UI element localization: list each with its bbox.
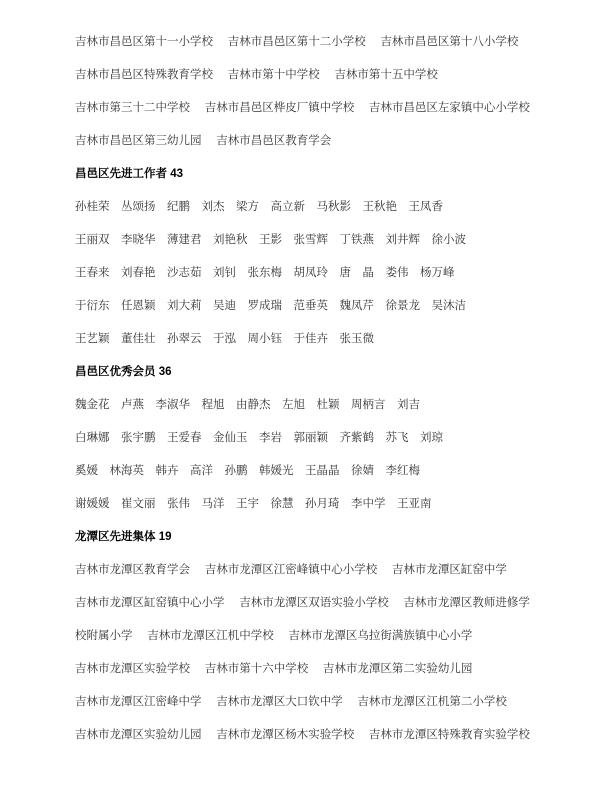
name-list-line: 奚媛 林海英 韩卉 高洋 孙鹏 韩媛光 王晶晶 徐婧 李红梅 [75, 455, 539, 488]
name-list-line: 孙桂荣 丛颂扬 纪鹏 刘杰 梁方 高立新 马秋影 王秋艳 王凤香 [75, 191, 539, 224]
section-heading-changyi-excellent-members: 昌邑区优秀会员 36 [75, 356, 539, 389]
school-list-line: 吉林市龙潭区江密峰中学 吉林市龙潭区大口钦中学 吉林市龙潭区江机第二小学校 [75, 686, 539, 719]
name-list-line: 谢媛媛 崔文丽 张伟 马洋 王宇 徐慧 孙月琦 李中学 王亚南 [75, 488, 539, 521]
section-heading-longtan-advanced-collectives: 龙潭区先进集体 19 [75, 521, 539, 554]
name-list-line: 于衍东 任恩颖 刘大莉 吴迪 罗成瑞 范垂英 魏凤芹 徐景龙 吴沐洁 [75, 290, 539, 323]
school-list-line: 吉林市昌邑区第三幼儿园 吉林市昌邑区教育学会 [75, 125, 539, 158]
name-list-line: 白琳娜 张宇鹏 王爱春 金仙玉 李岩 郭丽颖 齐紫鹤 苏飞 刘琼 [75, 422, 539, 455]
school-list-line: 吉林市龙潭区缸窑镇中心小学 吉林市龙潭区双语实验小学校 吉林市龙潭区教师进修学 [75, 587, 539, 620]
section-heading-changyi-advanced-workers: 昌邑区先进工作者 43 [75, 158, 539, 191]
name-list-line: 魏金花 卢燕 李淑华 程旭 由静杰 左旭 杜颖 周柄言 刘吉 [75, 389, 539, 422]
school-list-line: 校附属小学 吉林市龙潭区江机中学校 吉林市龙潭区乌拉街满族镇中心小学 [75, 620, 539, 653]
school-list-line: 吉林市龙潭区教育学会 吉林市龙潭区江密峰镇中心小学校 吉林市龙潭区缸窑中学 [75, 554, 539, 587]
name-list-line: 王艺颖 董佳壮 孙翠云 于泓 周小钰 于佳卉 张玉微 [75, 323, 539, 356]
name-list-line: 王丽双 李晓华 薄建君 刘艳秋 王影 张雪辉 丁铁燕 刘井辉 徐小波 [75, 224, 539, 257]
school-list-line: 吉林市昌邑区第十一小学校 吉林市昌邑区第十二小学校 吉林市昌邑区第十八小学校 [75, 26, 539, 59]
document-page: 吉林市昌邑区第十一小学校 吉林市昌邑区第十二小学校 吉林市昌邑区第十八小学校 吉… [0, 0, 599, 790]
school-list-line: 吉林市龙潭区实验学校 吉林市第十六中学校 吉林市龙潭区第二实验幼儿园 [75, 653, 539, 686]
name-list-line: 王春来 刘春艳 沙志茹 刘钊 张东梅 胡凤玲 唐 晶 娄伟 杨万峰 [75, 257, 539, 290]
school-list-line: 吉林市第三十二中学校 吉林市昌邑区桦皮厂镇中学校 吉林市昌邑区左家镇中心小学校 [75, 92, 539, 125]
school-list-line: 吉林市昌邑区特殊教育学校 吉林市第十中学校 吉林市第十五中学校 [75, 59, 539, 92]
school-list-line: 吉林市龙潭区实验幼儿园 吉林市龙潭区杨木实验学校 吉林市龙潭区特殊教育实验学校 [75, 719, 539, 752]
